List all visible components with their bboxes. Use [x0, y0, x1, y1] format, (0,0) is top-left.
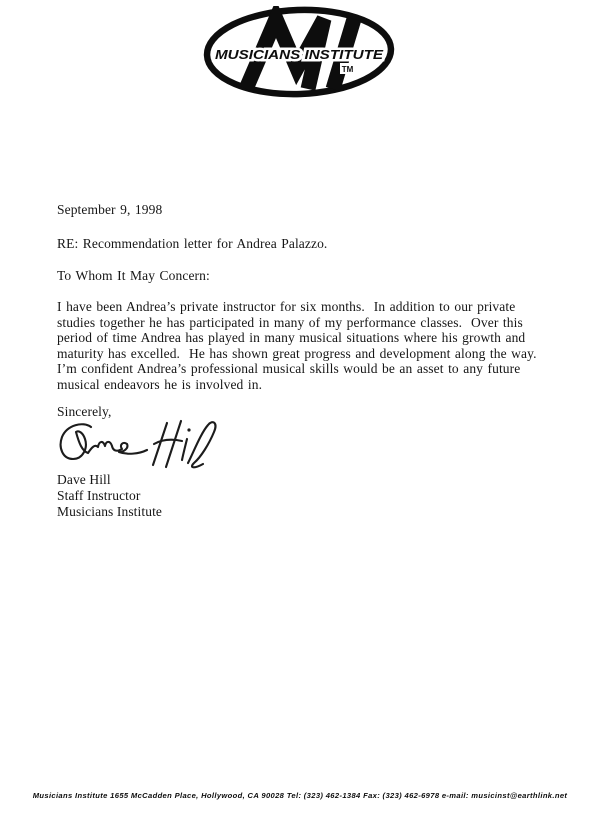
letterhead-footer: Musicians Institute 1655 McCadden Place,… — [0, 791, 600, 800]
letter-body: I have been Andrea’s private instructor … — [57, 299, 537, 393]
signer-organization: Musicians Institute — [57, 504, 162, 520]
musicians-institute-logo-art: TM MUSICIANS INSTITUTE — [202, 6, 396, 100]
body-line: maturity has excelled. He has shown grea… — [57, 346, 537, 362]
handwritten-signature — [55, 417, 230, 477]
letter-subject-line: RE: Recommendation letter for Andrea Pal… — [57, 236, 327, 252]
body-line: musical endeavors he is involved in. — [57, 377, 537, 393]
body-line: I’m confident Andrea’s professional musi… — [57, 361, 537, 377]
svg-text:TM: TM — [342, 65, 354, 74]
body-line: period of time Andrea has played in many… — [57, 330, 537, 346]
body-line: studies together he has participated in … — [57, 315, 537, 331]
letter-salutation: To Whom It May Concern: — [57, 268, 210, 284]
logo-banner-text: MUSICIANS INSTITUTE — [215, 48, 384, 62]
logo-trademark-icon: TM — [340, 63, 355, 74]
letter-date: September 9, 1998 — [57, 202, 162, 218]
musicians-institute-logo: TM MUSICIANS INSTITUTE — [202, 6, 396, 100]
scanned-letter-page: TM MUSICIANS INSTITUTE September 9, 1998… — [0, 0, 600, 820]
signer-title: Staff Instructor — [57, 488, 162, 504]
signature-icon — [55, 417, 230, 477]
signer-block: Dave Hill Staff Instructor Musicians Ins… — [57, 472, 162, 521]
body-line: I have been Andrea’s private instructor … — [57, 299, 537, 315]
signature-i-dot — [187, 428, 190, 431]
signer-name: Dave Hill — [57, 472, 162, 488]
